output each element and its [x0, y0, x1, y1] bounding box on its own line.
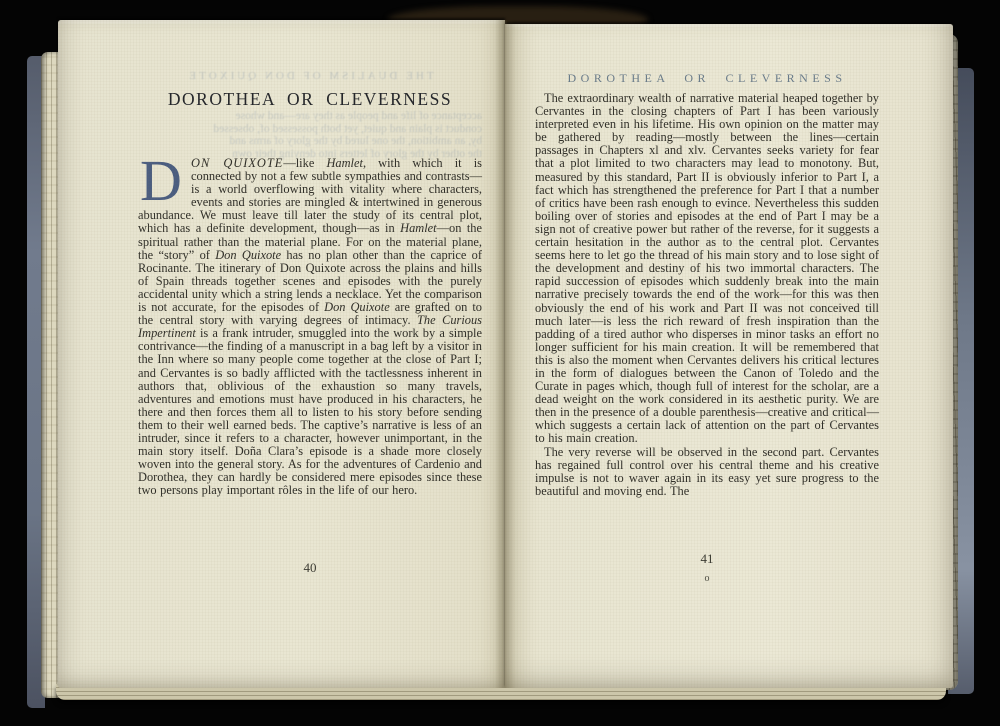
left-page: THE DUALISM OF DON QUIXOTE DOROTHEA OR C…	[58, 20, 505, 688]
bleedthrough-lines: acceptance of life and people as they ar…	[138, 110, 482, 160]
bleedthrough-line: acceptance of life and people as they ar…	[138, 110, 482, 123]
body-paragraph-2: The very reverse will be observed in the…	[535, 446, 879, 498]
right-page-body: The extraordinary wealth of narrative ma…	[535, 92, 879, 498]
page-number-left: 40	[138, 560, 482, 576]
chapter-title: DOROTHEA OR CLEVERNESS	[138, 89, 482, 110]
page-number-right: 41	[535, 551, 879, 567]
chapter-opening-paragraph: DON QUIXOTE—like Hamlet, with which it i…	[138, 157, 482, 497]
signature-mark: o	[535, 573, 879, 584]
body-paragraph-1: The extraordinary wealth of narrative ma…	[535, 92, 879, 446]
drop-cap: D	[138, 158, 184, 198]
bleedthrough-line: conduct is plain and quiet, yet both pos…	[138, 123, 482, 136]
book-photo: THE DUALISM OF DON QUIXOTE DOROTHEA OR C…	[0, 0, 1000, 726]
bleedthrough-line: by, an ambition, the one lured by the gl…	[138, 135, 482, 148]
right-page: DOROTHEA OR CLEVERNESS The extraordinary…	[505, 24, 953, 688]
bleedthrough-header: THE DUALISM OF DON QUIXOTE	[138, 70, 482, 82]
chapter-opening-text: ON QUIXOTE—like Hamlet, with which it is…	[138, 156, 482, 497]
running-header: DOROTHEA OR CLEVERNESS	[535, 71, 879, 86]
